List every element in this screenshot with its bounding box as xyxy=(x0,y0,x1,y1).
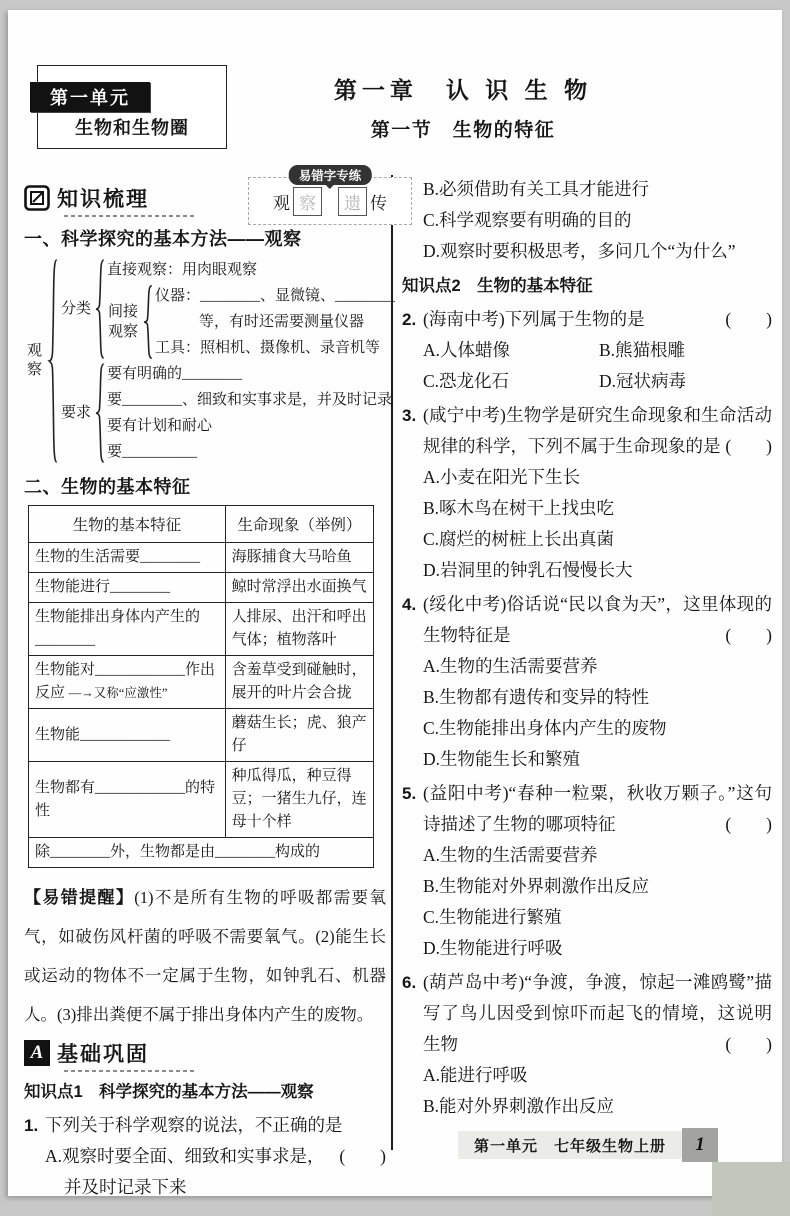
question-5: 5. (益阳中考)“春种一粒粟，秋收万颗子。”这句诗描述了生物的哪项特征( ) … xyxy=(402,778,772,964)
basic-practice-title: 基础巩固 xyxy=(57,1038,149,1068)
question-number: 5. xyxy=(402,778,416,809)
question-6: 6. (葫芦岛中考)“争渡，争渡，惊起一滩鸥鹭”描写了鸟儿因受到惊吓而起飞的情境… xyxy=(402,967,772,1122)
option-d: D.观察时要积极思考，多问几个“为什么” xyxy=(402,236,772,267)
option-b: B.生物能对外界刺激作出反应 xyxy=(423,871,772,902)
feature-cell: 生物能____________ xyxy=(29,709,226,762)
option-c: C.生物能进行繁殖 xyxy=(423,902,772,933)
example-cell: 种瓜得瓜，种豆得豆；一猪生九仔，连母十个样 xyxy=(225,762,373,838)
brace xyxy=(94,363,105,463)
question-stem: (咸宁中考)生物学是研究生命现象和生命活动规律的科学，下列不属于生命现象的是( … xyxy=(423,400,772,462)
scanned-workbook-page: 第一单元 生物和生物圈 第一章 认 识 生 物 第一节 生物的特征 易错字专练 … xyxy=(8,10,782,1196)
option-b: B.生物都有遗传和变异的特性 xyxy=(423,682,772,713)
knowledge-point-2: 知识点2 生物的基本特征 xyxy=(402,272,772,300)
corner-tab xyxy=(712,1162,790,1216)
question-stem: (葫芦岛中考)“争渡，争渡，惊起一滩鸥鹭”描写了鸟儿因受到惊吓而起飞的情境，这说… xyxy=(423,967,772,1060)
feature-cell: 生物都有____________的特性 xyxy=(29,762,226,838)
trace-word-guancha: 观 察 xyxy=(273,187,322,216)
trace-practice-box: 易错字专练 观 察 遗 传 xyxy=(248,177,412,225)
option-b: B.能对外界刺激作出反应 xyxy=(423,1091,772,1122)
indirect-label: 间接观察 xyxy=(107,302,139,342)
table-row: 生物能对____________作出反应 —→又称“应激性” 含羞草受到碰触时，… xyxy=(29,656,374,709)
question-number: 2. xyxy=(402,304,416,335)
requirement-2: 要________、细致和实事求是，并及时记录 xyxy=(107,387,392,413)
question-number: 4. xyxy=(402,589,416,620)
outline-root-label: 观察 xyxy=(26,342,43,380)
page-number: 1 xyxy=(682,1128,718,1162)
biology-characteristics-table: 生物的基本特征 生命现象（举例） 生物的生活需要________ 海豚捕食大马哈… xyxy=(28,505,374,868)
cell-structure-blank: 除________外，生物都是由________构成的 xyxy=(29,838,374,868)
section-title: 第一节 生物的特征 xyxy=(238,115,688,142)
answer-bracket: ( ) xyxy=(725,620,772,651)
basic-practice-header: A 基础巩固 xyxy=(24,1038,386,1068)
brace xyxy=(142,285,153,359)
question-stem: 下列关于科学观察的说法，不正确的是( ) xyxy=(45,1110,386,1141)
left-column: 知识梳理 一、科学探究的基本方法——观察 观察 分类 直接观察：用肉眼观察 xyxy=(24,183,386,1206)
stem-text: 下列关于科学观察的说法，不正确的是 xyxy=(45,1115,343,1135)
error-tip-body: (1)不是所有生物的呼吸都需要氧气，如破伤风杆菌的呼吸不需要氧气。(2)能生长或… xyxy=(24,888,386,1024)
knowledge-notes-icon xyxy=(24,185,50,211)
trace-word-yichuan: 遗 传 xyxy=(338,187,387,216)
observation-outline: 观察 分类 直接观察：用肉眼观察 间接观察 xyxy=(26,257,386,465)
answer-bracket: ( ) xyxy=(725,809,772,840)
indirect-observation-row: 间接观察 仪器：________、显微镜、________ 等，有时还需要测量仪… xyxy=(107,283,395,361)
knowledge-review-title: 知识梳理 xyxy=(57,183,149,213)
example-cell: 海豚捕食大马哈鱼 xyxy=(225,543,373,573)
brace xyxy=(47,258,58,464)
feature-cell: 生物能排出身体内产生的________ xyxy=(29,603,226,656)
option-d: D.岩洞里的钟乳石慢慢长大 xyxy=(423,555,772,586)
classify-label: 分类 xyxy=(61,296,91,322)
option-a: A.生物的生活需要营养 xyxy=(423,840,772,871)
requirements-label: 要求 xyxy=(61,400,91,426)
question-1: 1. 下列关于科学观察的说法，不正确的是( ) A.观察时要全面、细致和实事求是… xyxy=(24,1110,386,1203)
table-header-example: 生命现象（举例） xyxy=(225,506,373,543)
option-a: A.小麦在阳光下生长 xyxy=(423,462,772,493)
option-a: A.观察时要全面、细致和实事求是，并及时记录下来 xyxy=(45,1141,386,1203)
printed-char: 传 xyxy=(370,189,387,214)
grade-a-badge-icon: A xyxy=(24,1040,50,1066)
instruments-blank-line: 仪器：________、显微镜、________ xyxy=(155,283,395,309)
outline-classify-row: 分类 直接观察：用肉眼观察 间接观察 仪器：________、显微镜、__ xyxy=(60,257,395,361)
footer-bar: 第一单元 七年级生物上册 xyxy=(458,1131,682,1159)
option-d: D.生物能进行呼吸 xyxy=(423,933,772,964)
question-number: 1. xyxy=(24,1110,38,1141)
example-cell: 含羞草受到碰触时，展开的叶片会合拢 xyxy=(225,656,373,709)
example-cell: 蘑菇生长；虎、狼产仔 xyxy=(225,709,373,762)
table-footer-row: 除________外，生物都是由________构成的 xyxy=(29,838,374,868)
question-stem: (益阳中考)“春种一粒粟，秋收万颗子。”这句诗描述了生物的哪项特征( ) xyxy=(423,778,772,840)
instruments-line2: 等，有时还需要测量仪器 xyxy=(155,309,395,335)
option-a: A.人体蜡像 xyxy=(423,335,599,366)
question-stem: (海南中考)下列属于生物的是( ) xyxy=(423,304,772,335)
question-3: 3. (咸宁中考)生物学是研究生命现象和生命活动规律的科学，下列不属于生命现象的… xyxy=(402,400,772,586)
requirement-4: 要__________ xyxy=(107,439,392,465)
direct-observation-line: 直接观察：用肉眼观察 xyxy=(107,257,395,283)
option-c: C.腐烂的树桩上长出真菌 xyxy=(423,524,772,555)
trace-practice-badge: 易错字专练 xyxy=(289,165,372,185)
section2-title: 二、生物的基本特征 xyxy=(24,473,386,499)
question-4: 4. (绥化中考)俗话说“民以食为天”，这里体现的生物特征是( ) A.生物的生… xyxy=(402,589,772,775)
option-grid: A.人体蜡像 B.熊猫根雕 C.恐龙化石 D.冠状病毒 xyxy=(423,335,772,397)
stimulus-response-note: —→又称“应激性” xyxy=(69,686,168,700)
option-a: A.能进行呼吸 xyxy=(423,1060,772,1091)
table-row: 生物都有____________的特性 种瓜得瓜，种豆得豆；一猪生九仔，连母十个… xyxy=(29,762,374,838)
table-header-row: 生物的基本特征 生命现象（举例） xyxy=(29,506,374,543)
unit-title: 生物和生物圈 xyxy=(38,114,226,140)
example-cell: 人排尿、出汗和呼出气体；植物落叶 xyxy=(225,603,373,656)
error-tip-label: 【易错提醒】 xyxy=(24,888,134,907)
stem-text: (益阳中考)“春种一粒粟，秋收万颗子。”这句诗描述了生物的哪项特征 xyxy=(423,783,772,834)
table-row: 生物能进行________ 鲸时常浮出水面换气 xyxy=(29,573,374,603)
feature-cell: 生物能进行________ xyxy=(29,573,226,603)
requirement-3: 要有计划和耐心 xyxy=(107,413,392,439)
answer-bracket: ( ) xyxy=(725,1029,772,1060)
option-a: A.生物的生活需要营养 xyxy=(423,651,772,682)
trace-cell: 遗 xyxy=(338,187,367,216)
knowledge-point-1: 知识点1 科学探究的基本方法——观察 xyxy=(24,1078,386,1106)
stem-text: (葫芦岛中考)“争渡，争渡，惊起一滩鸥鹭”描写了鸟儿因受到惊吓而起飞的情境，这说… xyxy=(423,972,772,1054)
header-underline xyxy=(64,1070,194,1072)
header-underline xyxy=(64,215,194,217)
stem-text: (绥化中考)俗话说“民以食为天”，这里体现的生物特征是 xyxy=(423,594,772,645)
tools-line: 工具：照相机、摄像机、录音机等 xyxy=(155,335,395,361)
question-number: 6. xyxy=(402,967,416,998)
question-2: 2. (海南中考)下列属于生物的是( ) A.人体蜡像 B.熊猫根雕 C.恐龙化… xyxy=(402,304,772,397)
chapter-header: 第一章 认 识 生 物 第一节 生物的特征 xyxy=(238,72,688,142)
section1-title: 一、科学探究的基本方法——观察 xyxy=(24,225,386,251)
chapter-title: 第一章 认 识 生 物 xyxy=(238,72,688,105)
table-header-feature: 生物的基本特征 xyxy=(29,506,226,543)
table-row: 生物能____________ 蘑菇生长；虎、狼产仔 xyxy=(29,709,374,762)
answer-bracket: ( ) xyxy=(339,1141,386,1172)
question-number: 3. xyxy=(402,400,416,431)
option-c: C.恐龙化石 xyxy=(423,366,599,397)
table-row: 生物能排出身体内产生的________ 人排尿、出汗和呼出气体；植物落叶 xyxy=(29,603,374,656)
example-cell: 鲸时常浮出水面换气 xyxy=(225,573,373,603)
feature-cell: 生物的生活需要________ xyxy=(29,543,226,573)
right-column: B.必须借助有关工具才能进行 C.科学观察要有明确的目的 D.观察时要积极思考，… xyxy=(402,174,772,1125)
stem-text: (海南中考)下列属于生物的是 xyxy=(423,309,645,329)
answer-bracket: ( ) xyxy=(725,431,772,462)
brace xyxy=(94,259,105,359)
printed-char: 观 xyxy=(273,189,290,214)
stem-text: (咸宁中考)生物学是研究生命现象和生命活动规律的科学，下列不属于生命现象的是 xyxy=(423,405,772,456)
outline-requirements-row: 要求 要有明确的________ 要________、细致和实事求是，并及时记录… xyxy=(60,361,395,465)
option-d: D.冠状病毒 xyxy=(599,366,772,397)
requirement-1: 要有明确的________ xyxy=(107,361,392,387)
option-d: D.生物能生长和繁殖 xyxy=(423,744,772,775)
option-b: B.熊猫根雕 xyxy=(599,335,772,366)
question-stem: (绥化中考)俗话说“民以食为天”，这里体现的生物特征是( ) xyxy=(423,589,772,651)
unit-badge: 第一单元 xyxy=(30,82,150,112)
feature-cell: 生物能对____________作出反应 —→又称“应激性” xyxy=(29,656,226,709)
table-row: 生物的生活需要________ 海豚捕食大马哈鱼 xyxy=(29,543,374,573)
option-b: B.必须借助有关工具才能进行 xyxy=(402,174,772,205)
trace-cell: 察 xyxy=(293,187,322,216)
answer-bracket: ( ) xyxy=(725,304,772,335)
option-c: C.科学观察要有明确的目的 xyxy=(402,205,772,236)
option-b: B.啄木鸟在树干上找虫吃 xyxy=(423,493,772,524)
option-c: C.生物能排出身体内产生的废物 xyxy=(423,713,772,744)
error-tip: 【易错提醒】(1)不是所有生物的呼吸都需要氧气，如破伤风杆菌的呼吸不需要氧气。(… xyxy=(24,878,386,1034)
unit-box: 第一单元 生物和生物圈 xyxy=(37,65,227,149)
